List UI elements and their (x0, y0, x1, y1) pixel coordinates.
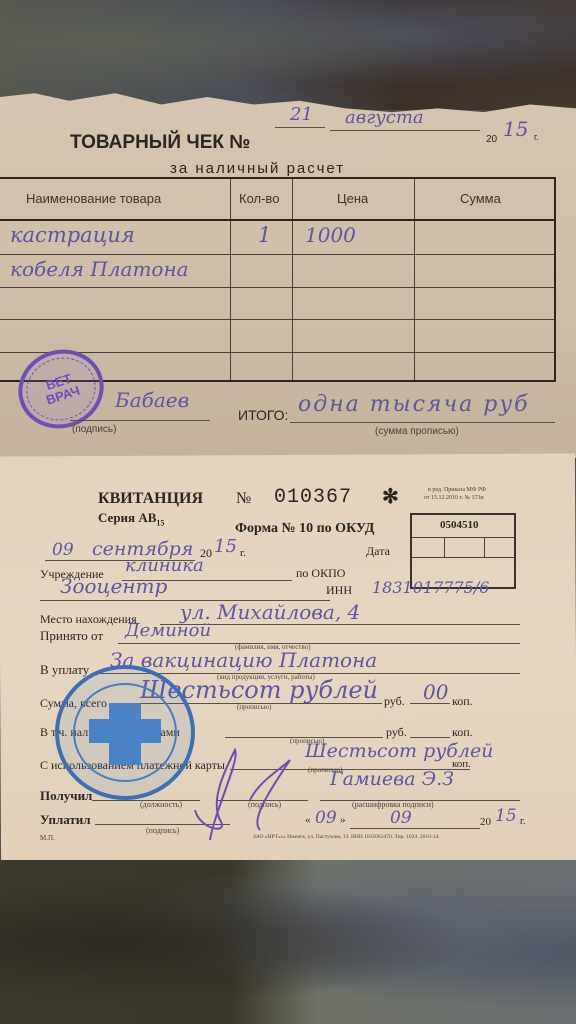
clinic-stamp (55, 665, 195, 800)
received-by-label: Получил (40, 788, 92, 804)
position-caption: (должность) (140, 800, 182, 809)
receipt-title: ТОВАРНЫЙ ЧЕК № (70, 132, 250, 154)
asterisk-icon: ✻ (382, 484, 399, 509)
row-1-price: 1000 (305, 223, 356, 247)
handwritten-signature (180, 740, 300, 850)
sign-year-letter: г. (520, 816, 525, 827)
receipt-table: Наименование товара Кол-во Цена Сумма ка… (0, 177, 556, 382)
receipt-signature: Бабаев (115, 388, 189, 412)
location-label: Место нахождения (40, 612, 137, 627)
sign-date-day: 09 (315, 808, 337, 828)
sum-caption: (прописью) (237, 703, 271, 711)
paid-caption: (подпись) (146, 826, 179, 835)
kvit-date-day: 09 (52, 540, 74, 560)
card-kop: коп. (452, 758, 471, 770)
sign-year-suffix: 15 (495, 806, 517, 826)
col-header-sum: Сумма (460, 191, 501, 206)
okpo-label: по ОКПО (296, 566, 345, 581)
cash-kop: коп. (452, 725, 473, 740)
institution-value-1: клиника (125, 555, 204, 576)
fabric-background-top (0, 0, 576, 110)
receipt-year-suffix: 15 (503, 117, 528, 141)
kvit-series: Серия АВ15 (98, 510, 164, 528)
form-label: Форма № 10 по ОКУД (235, 521, 374, 537)
payment-for-value: За вакцинацию Платона (110, 648, 377, 672)
sign-date-open-quote: « (305, 814, 311, 826)
kvit-year-suffix: 15 (214, 536, 237, 557)
row-1-name: кастрация (10, 223, 135, 247)
row-1-qty: 1 (258, 223, 271, 247)
sum-rub: руб. (384, 694, 405, 709)
receipt-year-prefix: 20 (486, 134, 497, 145)
sign-date-month: 09 (390, 808, 412, 828)
receipt-subtitle: за наличный расчет (170, 160, 345, 177)
kvit-year-letter: г. (240, 547, 246, 559)
total-value: одна тысяча руб (298, 392, 530, 417)
fabric-background-bottom (0, 860, 576, 1024)
row-2-name: кобеля Платона (10, 257, 189, 281)
inn-label: ИНН (326, 583, 352, 598)
total-label: ИТОГО: (238, 407, 288, 423)
decode-value: Гамиева Э.З (330, 768, 454, 790)
sign-date-close-quote: » (340, 814, 346, 826)
paid-label: Уплатил (40, 812, 91, 828)
signature-caption: (подпись) (72, 424, 116, 435)
sign-year-prefix: 20 (480, 816, 491, 828)
mp-label: М.П. (40, 834, 55, 842)
order-note-2: от 15.12.2010 г. № 173н (424, 495, 484, 501)
sum-kop-value: 00 (423, 680, 448, 704)
cash-rub: руб. (386, 725, 407, 740)
kvit-number: 010367 (274, 486, 352, 509)
kvit-title: КВИТАНЦИЯ (98, 490, 203, 508)
okud-code: 0504510 (440, 519, 479, 531)
sum-kop: коп. (452, 694, 473, 709)
col-header-name: Наименование товара (26, 191, 161, 206)
series-subscript: 15 (156, 519, 164, 528)
receipt-date-month: августа (345, 107, 424, 128)
institution-value-2: Зооцентр (60, 574, 167, 598)
total-caption: (сумма прописью) (375, 426, 459, 437)
receipt-date-day: 21 (290, 104, 313, 125)
col-header-price: Цена (337, 191, 368, 206)
received-from-value: Деминой (125, 620, 211, 641)
receipt-year-letter: г. (534, 132, 539, 142)
kvit-number-sign: № (236, 490, 251, 508)
received-from-label: Принято от (40, 628, 103, 644)
payment-for-label: В уплату (40, 662, 89, 678)
inn-value: 1831017775/6 (372, 578, 489, 597)
sales-receipt: 21 августа 20 15 г. ТОВАРНЫЙ ЧЕК № за на… (0, 82, 576, 458)
col-header-qty: Кол-во (239, 191, 279, 206)
date-label: Дата (366, 544, 390, 559)
order-note-1: в ред. Приказа МФ РФ (428, 487, 486, 493)
series-label: Серия АВ (98, 510, 156, 525)
